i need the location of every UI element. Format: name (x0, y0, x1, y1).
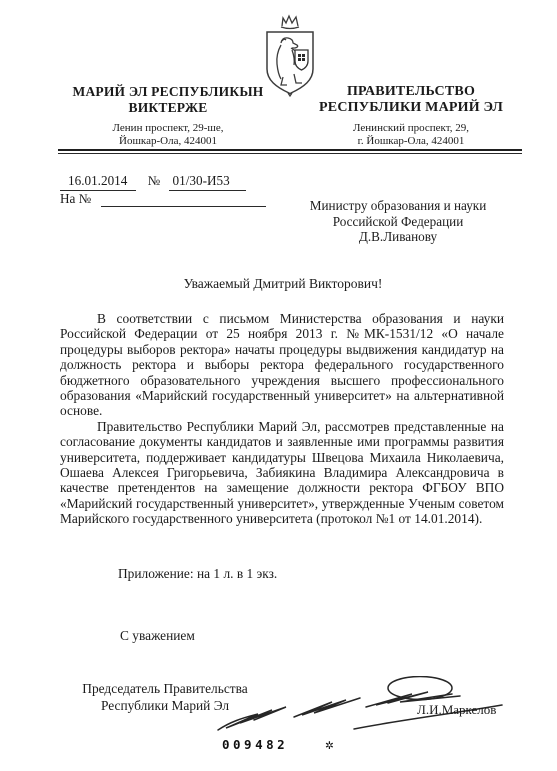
stamp-number: 009482 (222, 737, 288, 752)
scanned-letter-page: МАРИЙ ЭЛ РЕСПУБЛИКЫН ВИКТЕРЖЕ Ленин прос… (0, 0, 557, 771)
org-address-rus-2: г. Йошкар-Ола, 424001 (298, 135, 524, 148)
number-sign: № (148, 173, 161, 188)
org-name-rus-2: РЕСПУБЛИКИ МАРИЙ ЭЛ (298, 100, 524, 116)
letterhead-right: ПРАВИТЕЛЬСТВО РЕСПУБЛИКИ МАРИЙ ЭЛ Ленинс… (298, 84, 524, 147)
letterhead-divider-rule (58, 149, 522, 154)
addressee-line-2: Российской Федерации (303, 214, 493, 230)
org-address-mari-1: Ленин проспект, 29-ше, (58, 122, 278, 135)
reply-label: На № (60, 191, 91, 206)
body-paragraph-2: Правительство Республики Марий Эл, рассм… (60, 419, 504, 527)
closing-phrase: С уважением (120, 628, 195, 644)
body-paragraph-1: В соответствии с письмом Министерства об… (60, 311, 504, 419)
reply-reference-row: На № (60, 191, 266, 207)
org-name-mari: МАРИЙ ЭЛ РЕСПУБЛИКЫН (58, 84, 278, 100)
org-address-mari-2: Йошкар-Ола, 424001 (58, 135, 278, 148)
stamp-asterisk-mark: ✲ (325, 737, 333, 753)
letterhead-left: МАРИЙ ЭЛ РЕСПУБЛИКЫН ВИКТЕРЖЕ Ленин прос… (58, 84, 278, 147)
registration-stamp: 009482 ✲ (222, 737, 334, 753)
letter-number: 01/30-И53 (169, 173, 246, 191)
addressee-line-3: Д.В.Ливанову (303, 229, 493, 245)
attachment-note: Приложение: на 1 л. в 1 экз. (118, 566, 277, 582)
reply-number-blank (101, 193, 266, 207)
org-name-mari-2: ВИКТЕРЖЕ (58, 100, 278, 116)
reference-row: 16.01.2014 № 01/30-И53 (60, 173, 246, 191)
org-address-rus-1: Ленинский проспект, 29, (298, 122, 524, 135)
signer-name: Л.И.Маркелов (417, 702, 496, 718)
salutation: Уважаемый Дмитрий Викторович! (60, 276, 506, 292)
addressee-line-1: Министру образования и науки (303, 198, 493, 214)
letter-body: В соответствии с письмом Министерства об… (60, 311, 504, 527)
letter-date: 16.01.2014 (60, 173, 136, 191)
addressee-block: Министру образования и науки Российской … (303, 198, 493, 245)
org-name-rus: ПРАВИТЕЛЬСТВО (298, 84, 524, 100)
